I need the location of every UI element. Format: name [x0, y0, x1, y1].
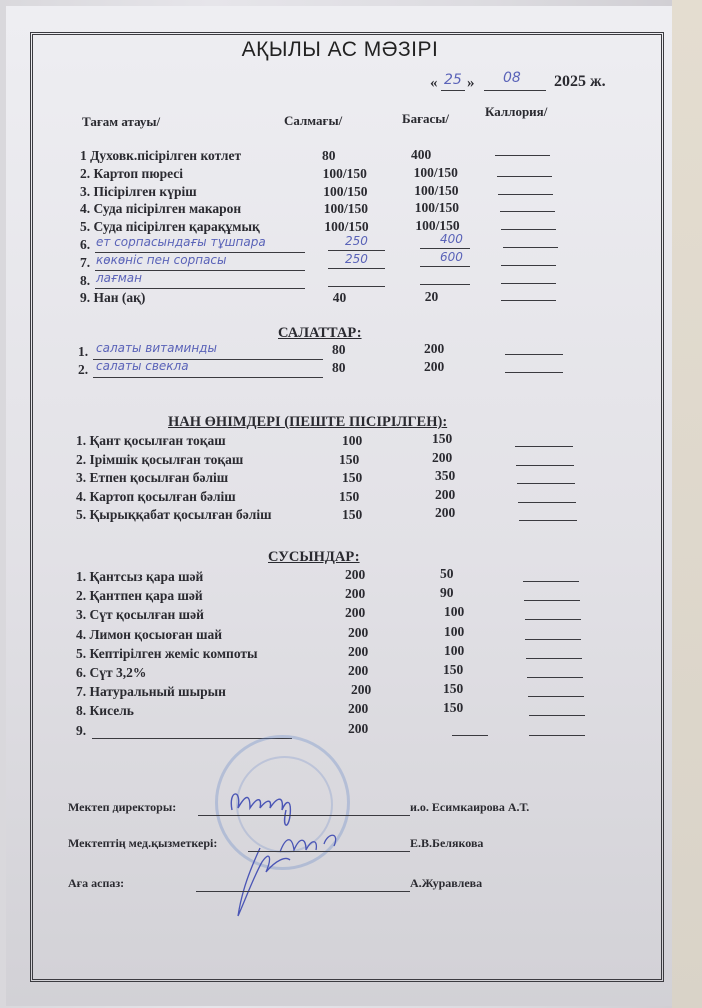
calories-blank — [525, 619, 581, 620]
dish-weight: 80 — [322, 148, 336, 164]
calories-blank — [500, 211, 555, 212]
calories-blank — [515, 446, 573, 447]
dish-price: 400 — [411, 147, 431, 163]
col-weight-header: Салмағы/ — [284, 113, 342, 129]
dish-price-handwritten: 600 — [440, 250, 463, 264]
salad-name-handwritten: салаты свекла — [96, 359, 189, 373]
calories-blank — [505, 354, 563, 355]
signatory-name: и.о. Есимкаирова А.Т. — [410, 800, 529, 815]
page-title: АҚЫЛЫ АС МӘЗІРІ — [0, 38, 680, 62]
dish-weight: 100/150 — [323, 184, 367, 200]
dish-number: 8. — [80, 273, 90, 289]
calories-blank — [501, 229, 556, 230]
bakery-price: 200 — [435, 487, 455, 503]
calories-blank — [523, 581, 579, 582]
drink-name: 8. Кисель — [76, 703, 134, 719]
salad-name-handwritten: салаты витаминды — [96, 341, 217, 355]
dish-name-handwritten: көкөніс пен сорпасы — [96, 253, 227, 267]
salad-price: 200 — [424, 341, 444, 357]
bakery-price: 150 — [432, 431, 452, 447]
signature-scribbles — [220, 780, 380, 920]
calories-blank — [527, 677, 583, 678]
dish-price-handwritten: 400 — [440, 232, 463, 246]
signature-role: Аға аспаз: — [68, 876, 124, 891]
calories-blank — [497, 176, 552, 177]
bakery-weight: 150 — [342, 470, 362, 486]
dish-price: 20 — [425, 289, 439, 305]
drink-weight: 200 — [351, 682, 371, 698]
calories-blank — [495, 155, 550, 156]
drink-name: 9. — [76, 723, 86, 739]
calories-blank — [524, 600, 580, 601]
salad-price: 200 — [424, 359, 444, 375]
bakery-weight: 150 — [339, 489, 359, 505]
drink-price: 150 — [443, 681, 463, 697]
signature-line — [248, 851, 410, 852]
calories-blank — [501, 300, 556, 301]
drink-price: 50 — [440, 566, 454, 582]
drink-weight: 200 — [345, 567, 365, 583]
calories-blank — [525, 639, 581, 640]
bakery-weight: 150 — [339, 452, 359, 468]
drink-name: 4. Лимон қосыоған шай — [76, 627, 222, 643]
dish-weight-handwritten: 250 — [345, 234, 368, 248]
drink-name: 6. Сүт 3,2% — [76, 665, 146, 681]
dish-price: 100/150 — [414, 183, 458, 199]
section-title-salads: САЛАТТАР: — [278, 325, 362, 342]
dish-weight: 100/150 — [324, 219, 368, 235]
dish-weight: 40 — [333, 290, 347, 306]
col-calories-header: Каллория/ — [485, 104, 547, 120]
dish-name: 2. Картоп пюресі — [80, 166, 183, 182]
salad-weight: 80 — [332, 360, 346, 376]
date-close-quote: » — [467, 75, 475, 92]
drink-price: 100 — [444, 604, 464, 620]
date-day: 25 — [444, 72, 462, 88]
dish-price: 100/150 — [414, 165, 458, 181]
drink-price: 90 — [440, 585, 454, 601]
calories-blank — [518, 502, 576, 503]
dish-name: 9. Нан (ақ) — [80, 290, 145, 306]
dish-name: 3. Пісірілген күріш — [80, 184, 197, 200]
drink-price: 100 — [444, 624, 464, 640]
calories-blank — [526, 658, 582, 659]
salad-number: 2. — [78, 362, 88, 378]
dish-price-line — [420, 266, 470, 267]
background-surface — [672, 0, 702, 1008]
date-month: 08 — [503, 70, 521, 86]
dish-name: 4. Суда пісірілген макарон — [80, 201, 241, 217]
calories-blank — [529, 735, 585, 736]
dish-weight-line — [328, 268, 385, 269]
drink-weight: 200 — [348, 625, 368, 641]
dish-price-line — [420, 248, 470, 249]
calories-blank — [528, 696, 584, 697]
date-open-quote: « — [430, 75, 438, 92]
bakery-weight: 100 — [342, 433, 362, 449]
drink-price-line — [452, 735, 488, 736]
drink-price: 150 — [443, 700, 463, 716]
drink-weight: 200 — [348, 721, 368, 737]
salad-name-line — [93, 377, 323, 378]
dish-weight: 100/150 — [324, 201, 368, 217]
drink-name: 7. Натуральный шырын — [76, 684, 226, 700]
bakery-item-name: 5. Қырыққабат қосылған бәліш — [76, 507, 271, 523]
dish-name-handwritten: ет сорпасындағы тұшпара — [96, 235, 266, 249]
bakery-item-name: 4. Картоп қосылған бәліш — [76, 489, 236, 505]
dish-weight-handwritten: 250 — [345, 252, 368, 266]
dish-number: 7. — [80, 255, 90, 271]
salad-number: 1. — [78, 344, 88, 360]
section-title-drinks: СУСЫНДАР: — [268, 549, 360, 566]
calories-blank — [516, 465, 574, 466]
signature-line — [196, 891, 410, 892]
calories-blank — [517, 483, 575, 484]
signature-role: Мектептің мед.қызметкері: — [68, 836, 217, 851]
dish-price: 100/150 — [415, 200, 459, 216]
dish-number: 6. — [80, 237, 90, 253]
bakery-price: 200 — [432, 450, 452, 466]
drink-name: 3. Сүт қосылған шәй — [76, 607, 204, 623]
calories-blank — [501, 265, 556, 266]
calories-blank — [529, 715, 585, 716]
col-name-header: Тағам атауы/ — [82, 114, 160, 130]
bakery-item-name: 2. Ірімшік қосылған тоқаш — [76, 452, 243, 468]
bakery-weight: 150 — [342, 507, 362, 523]
section-title-bakery: НАН ӨНІМДЕРІ (ПЕШТЕ ПІСІРІЛГЕН): — [168, 414, 447, 431]
salad-weight: 80 — [332, 342, 346, 358]
signatory-name: А.Журавлева — [410, 876, 482, 891]
drink-price: 100 — [444, 643, 464, 659]
drink-weight: 200 — [348, 644, 368, 660]
bakery-item-name: 3. Етпен қосылған бәліш — [76, 470, 228, 486]
drink-price: 150 — [443, 662, 463, 678]
drink-weight: 200 — [348, 701, 368, 717]
drink-name: 2. Қантпен қара шәй — [76, 588, 203, 604]
signature-role: Мектеп директоры: — [68, 800, 176, 815]
col-price-header: Бағасы/ — [402, 111, 449, 127]
drink-weight: 200 — [345, 605, 365, 621]
date-year: 2025 ж. — [554, 73, 606, 91]
drink-weight: 200 — [348, 663, 368, 679]
dish-name: 5. Суда пісірілген қарақұмық — [80, 219, 260, 235]
calories-blank — [498, 194, 553, 195]
dish-price-line — [420, 284, 470, 285]
dish-weight-line — [328, 250, 385, 251]
calories-blank — [519, 520, 577, 521]
calories-blank — [503, 247, 558, 248]
bakery-price: 350 — [435, 468, 455, 484]
dish-weight: 100/150 — [323, 166, 367, 182]
signature-line — [198, 815, 410, 816]
bakery-price: 200 — [435, 505, 455, 521]
dish-name: 1 Духовк.пісірілген котлет — [80, 148, 241, 164]
drink-name: 1. Қантсыз қара шәй — [76, 569, 203, 585]
dish-name-handwritten: лағман — [96, 271, 142, 285]
drink-weight: 200 — [345, 586, 365, 602]
calories-blank — [501, 283, 556, 284]
bakery-item-name: 1. Қант қосылған тоқаш — [76, 433, 226, 449]
dish-name-line — [95, 288, 305, 289]
signatory-name: Е.В.Белякова — [410, 836, 483, 851]
dish-weight-line — [328, 286, 385, 287]
calories-blank — [505, 372, 563, 373]
drink-name: 5. Кептірілген жеміс компоты — [76, 646, 258, 662]
